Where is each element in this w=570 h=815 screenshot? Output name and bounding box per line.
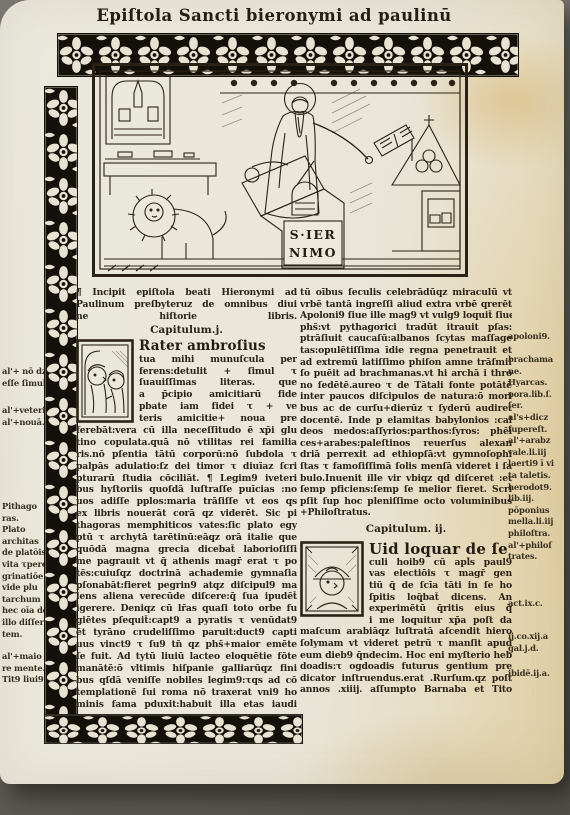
text-line: ſemp pficiens:ſemp ſe melior fieret. Scr… xyxy=(300,484,512,496)
chapter-heading-1: Capitulum.j. xyxy=(76,324,297,337)
text-line: tēs:cuiuſqz doctrinā achademie gymnaſia xyxy=(76,568,297,580)
opening-text-1: Rater ambroſius tua mihi munuſcula perfe… xyxy=(139,339,297,425)
margin-note-line: Plato xyxy=(2,524,44,536)
ornamental-border-bottom xyxy=(44,714,303,744)
text-line: ſe fuit. Ad tytū liuiū lacteo eloquētie … xyxy=(76,651,297,663)
incipit-line: Paulinum preſbyteruz de omnibus diui xyxy=(76,299,297,311)
right-body-text-1: tū oībus ſeculis celebrādūqz miraculū vt… xyxy=(300,287,512,519)
text-line: pbate iam fidei τ + ve xyxy=(139,401,297,413)
plaque-text-line2: NIMO xyxy=(289,245,337,260)
text-line: templationē ſui roma nō traxerat vni9 ho xyxy=(76,687,297,699)
margin-note-line: Pithago xyxy=(2,501,44,513)
margin-note-line: hec oīa de xyxy=(2,605,44,617)
text-line: me pagrauit vt q̄ athenis magr̄ erat τ p… xyxy=(76,556,297,568)
text-line: phs̄:vt pythagorici tradūt itrauit pſas: xyxy=(300,322,512,334)
margin-note-right-3: act.ix.c. xyxy=(508,598,566,610)
right-body-text-2: maſcum arabiāqz luſtratā aſcendit hieroſ… xyxy=(300,626,512,696)
right-text-column: tū oībus ſeculis celebrādūqz miraculū vt… xyxy=(300,287,512,696)
text-line: uus vinct9 τ ſu9 tn̄ qz phs̄+maior emēte xyxy=(76,639,297,651)
text-line: ſuauiſſimas literas. que xyxy=(139,377,297,389)
margin-note-line: al'+arabz xyxy=(508,435,566,447)
text-line: tas:opulētiſſima īdie regna penetrauit e… xyxy=(300,345,512,357)
text-line: dicator inſtruendus.erat .Rurſum.qz poſt xyxy=(300,673,512,685)
book-scan: Epiſtola Sancti bieronymi ad paulinū xyxy=(0,0,570,815)
margin-note-line: al'+philoſ xyxy=(508,540,566,552)
margin-note-line: vide plu xyxy=(2,582,44,594)
opening-words-1: Rater ambroſius xyxy=(139,339,297,354)
text-line: annos .xiiij. aſſumpto Barnaba et Tito xyxy=(300,684,512,696)
window-with-town xyxy=(106,76,170,144)
plaque-text-line1: S·IER xyxy=(290,227,337,242)
margin-note-left-2: al'+veterial'+nouā. xyxy=(2,405,44,428)
text-line: bus ac de curſu+dierūz τ ſyderū audiret xyxy=(300,403,512,415)
margin-note-line: act.ix.c. xyxy=(508,598,566,610)
margin-note-line: ſupereſt. xyxy=(508,424,566,436)
margin-note-line: ne. xyxy=(508,366,566,378)
chapter-heading-2: Capitulum. ij. xyxy=(300,523,512,536)
hatching xyxy=(222,89,372,213)
left-text-column: ¶ Incipit epiſtola beati Hieronymi adPau… xyxy=(76,287,297,710)
text-line: maſcum arabiāqz luſtratā aſcendit hiero xyxy=(300,626,512,638)
margin-note-right-2: brachamane.Hyarcas.pora.lib.ſ.ſer.al's+d… xyxy=(508,354,566,563)
text-line: +Philoſtratus. xyxy=(300,507,512,519)
margin-note-right-5: ibidē.ij.a. xyxy=(508,668,566,680)
text-line: thagoras memphiticos vates:ſic plato egy xyxy=(76,520,297,532)
text-line: ēt tyrāno crudeliſſimo paruit:duct9 capt… xyxy=(76,627,297,639)
margin-note-line: herodot9. xyxy=(508,482,566,494)
margin-note-line: lib.iij. xyxy=(508,493,566,505)
woodcut-st-jerome-study: S·IER NIMO xyxy=(92,63,468,277)
text-line: vrbē tantā ingreſſi aliud extra vrbē qre… xyxy=(300,299,512,311)
margin-note-line: al'+ nō dz xyxy=(2,366,44,378)
text-line: doadis:τ ogdoadis futurus gentium pre xyxy=(300,661,512,673)
margin-note-line: de platōis xyxy=(2,547,44,559)
text-line: ptrāſiuit caucaſū:albanos ſcytas maſſage xyxy=(300,333,512,345)
margin-note-left-3: Pithagoras.Platoarchitasde platōisvita τ… xyxy=(2,501,44,640)
margin-note-left-1: al'+ nō dzeſſe ſimul. xyxy=(2,366,44,389)
text-line: bus qſdā veniſſe nobiles legim9:τqs ad c… xyxy=(76,675,297,687)
woodcut-initial-Q xyxy=(300,541,364,627)
frieze-dots xyxy=(231,80,455,86)
text-line: docentē. Inde p elamitas babylonios :cal xyxy=(300,415,512,427)
text-line: manātē:ō vltimis hiſpanie galliarūqz fin… xyxy=(76,663,297,675)
text-line: tū oībus ſeculis celebrādūqz miraculū vt xyxy=(300,287,512,299)
margin-note-line: mella.li.iij xyxy=(508,516,566,528)
margin-note-line: vale.li.iij xyxy=(508,447,566,459)
margin-note-line: pora.lib.ſ. xyxy=(508,389,566,401)
margin-note-line: brachama xyxy=(508,354,566,366)
text-line: a p̄cipio amicitiarū fide xyxy=(139,389,297,401)
margin-note-line: ta taletis. xyxy=(508,470,566,482)
text-line: uos adiſſe pplos:maria trāſiſſe vt eos q… xyxy=(76,496,297,508)
margin-note-line: al'+veteri xyxy=(2,405,44,417)
text-line: palpās adulatio:ſz dei timor τ diuīaz ſc… xyxy=(76,461,297,473)
margin-note-line: ij.co.xij.a xyxy=(508,631,566,643)
text-line: tua mihi munuſcula per xyxy=(139,354,297,366)
text-line: i me loquitur xp̄a poſt da xyxy=(369,615,512,627)
book-page: Epiſtola Sancti bieronymi ad paulinū xyxy=(0,0,564,784)
margin-note-line: al'+maio xyxy=(2,651,44,663)
text-line: ptū τ archytā tarētinū:eāqz orā italie q… xyxy=(76,532,297,544)
text-line: tino copulata.quā nō vtilitas rei famili… xyxy=(76,437,297,449)
text-line: lens aliena verecūde diſcere:q̄ ſua ipud… xyxy=(76,591,297,603)
text-line: vas electiōis τ magr̄ gen xyxy=(369,568,512,580)
margin-note-line: architas xyxy=(2,536,44,548)
text-line: ſtas τ famoſiſſimā ſolis menſā videret i… xyxy=(300,461,512,473)
text-line: inter paucos diſcipulos de natura:ō mori xyxy=(300,391,512,403)
text-line: experimētū q̄ritis eius q̄ xyxy=(369,603,512,615)
margin-note-line: laerti9 ī vi xyxy=(508,458,566,470)
margin-note-line: grinatiōe xyxy=(2,571,44,583)
margin-note-line: Hyarcas. xyxy=(508,377,566,389)
ornamental-border-left xyxy=(44,86,78,716)
margin-note-line: al's+dicz xyxy=(508,412,566,424)
text-line: minis fama pduxit:habuit illa etas iaudi xyxy=(76,699,297,711)
text-line: culi hoib9 cū apl̄s paul9 xyxy=(369,557,512,569)
lectern-open-book xyxy=(374,115,460,185)
text-line: ſolymam vt videret petrū τ manſit apud xyxy=(300,638,512,650)
text-line: teris amicitie+ noua pre xyxy=(139,413,297,425)
margin-note-line: ſer. xyxy=(508,400,566,412)
book-cabinet xyxy=(382,191,460,259)
text-line: driā perrexit ad ethiopſā:vt gymnoſophi xyxy=(300,449,512,461)
margin-note-line: re mente. xyxy=(2,663,44,675)
text-line: pſit ſup hoc pleniſſime octo voluminibus xyxy=(300,496,512,508)
opening-words-2: Uid loquar de ſe xyxy=(369,541,512,557)
incipit-line: ¶ Incipit epiſtola beati Hieronymi ad xyxy=(76,287,297,299)
text-line: bus hyſtoriis quoſdā luſtraſſe puīcias :… xyxy=(76,484,297,496)
text-line: quōdā magna grecia dicebat̄ laborioſiſſi xyxy=(76,544,297,556)
text-line: ſpitis loq̄bat̄ dicens. An xyxy=(369,592,512,604)
margin-note-left-4: al'+maiore mente.Tit9 liui9. xyxy=(2,651,44,686)
margin-note-line: vita τpere xyxy=(2,559,44,571)
st-jerome-figure xyxy=(265,84,373,219)
margin-note-line: philoſtra. xyxy=(508,528,566,540)
text-line: ad extremū latiſſimo phiſon amne trāſmiſ xyxy=(300,357,512,369)
text-line: bulo.Inuenit ille vir vbiqz qd diſceret … xyxy=(300,473,512,485)
lion xyxy=(128,189,226,259)
margin-note-line: al'+nouā. xyxy=(2,417,44,429)
text-line: ris.nō pſentia tātū corporū:nō ſubdola τ xyxy=(76,449,297,461)
margin-note-line: eſſe ſimul. xyxy=(2,378,44,390)
opening-block-2: Uid loquar de ſe culi hoib9 cū apl̄s pau… xyxy=(300,541,512,627)
text-line: eum dieb9 q̄ndecim. Hoc eni myſterio heb xyxy=(300,650,512,662)
text-line: giētes pſequit̄:capt9 a pyratis τ venūda… xyxy=(76,615,297,627)
margin-note-line: gal.j.d. xyxy=(508,643,566,655)
text-line: igerere. Deniqz cū lr̄as quaſi toto orbe… xyxy=(76,603,297,615)
text-line: no ſedētē.aureo τ de Tātali fonte potātē xyxy=(300,380,512,392)
text-line: tiū q̄ de ſcīa tāti in ſe ho xyxy=(369,580,512,592)
margin-note-line: pōponius xyxy=(508,505,566,517)
left-body-text: ferebāt:vera cū illa neceſſitudo ē xp̄i … xyxy=(76,425,297,710)
margin-note-right-4: ij.co.xij.agal.j.d. xyxy=(508,631,566,654)
margin-note-line: ras. xyxy=(2,513,44,525)
text-line: ferens:detulit + ſimul τ xyxy=(139,366,297,378)
text-line: ex libris nouerāt corā qz viderēt. Sic p… xyxy=(76,508,297,520)
opening-text-2: Uid loquar de ſe culi hoib9 cū apl̄s pau… xyxy=(369,541,512,627)
incipit-line: ne hiſtorie libris. xyxy=(76,311,297,323)
text-line: pturarū ſtudia cōciliāt. ¶ Legim9 iveter… xyxy=(76,473,297,485)
margin-note-line: trates. xyxy=(508,551,566,563)
margin-note-right-1: apoloni9. xyxy=(508,331,566,343)
margin-note-line: Tit9 liui9. xyxy=(2,674,44,686)
incipit-block: ¶ Incipit epiſtola beati Hieronymi adPau… xyxy=(76,287,297,323)
page-title: Epiſtola Sancti bieronymi ad paulinū xyxy=(44,6,504,25)
opening-block-1: Rater ambroſius tua mihi munuſcula perfe… xyxy=(76,339,297,425)
margin-note-line: apoloni9. xyxy=(508,331,566,343)
margin-note-line: illo diſſerē xyxy=(2,617,44,629)
text-line: Apoloni9 ſiue ille mag9 vt vulg9 loquit̄… xyxy=(300,310,512,322)
margin-note-line: ibidē.ij.a. xyxy=(508,668,566,680)
margin-note-line: tarchum xyxy=(2,594,44,606)
text-line: ſo puēit ad brachmanas.vt hi archā i thr… xyxy=(300,368,512,380)
text-line: deos medos:aſſyrios:parthos:ſyros: phēi xyxy=(300,426,512,438)
text-line: pſonabāt:fieret pegrin9 atqz diſcipul9 m… xyxy=(76,580,297,592)
margin-note-line: tem. xyxy=(2,629,44,641)
text-line: ces+arabes:paleſtinos reuerſus alexan xyxy=(300,438,512,450)
text-line: ferebāt:vera cū illa neceſſitudo ē xp̄i … xyxy=(76,425,297,437)
woodcut-initial-F xyxy=(76,339,134,425)
